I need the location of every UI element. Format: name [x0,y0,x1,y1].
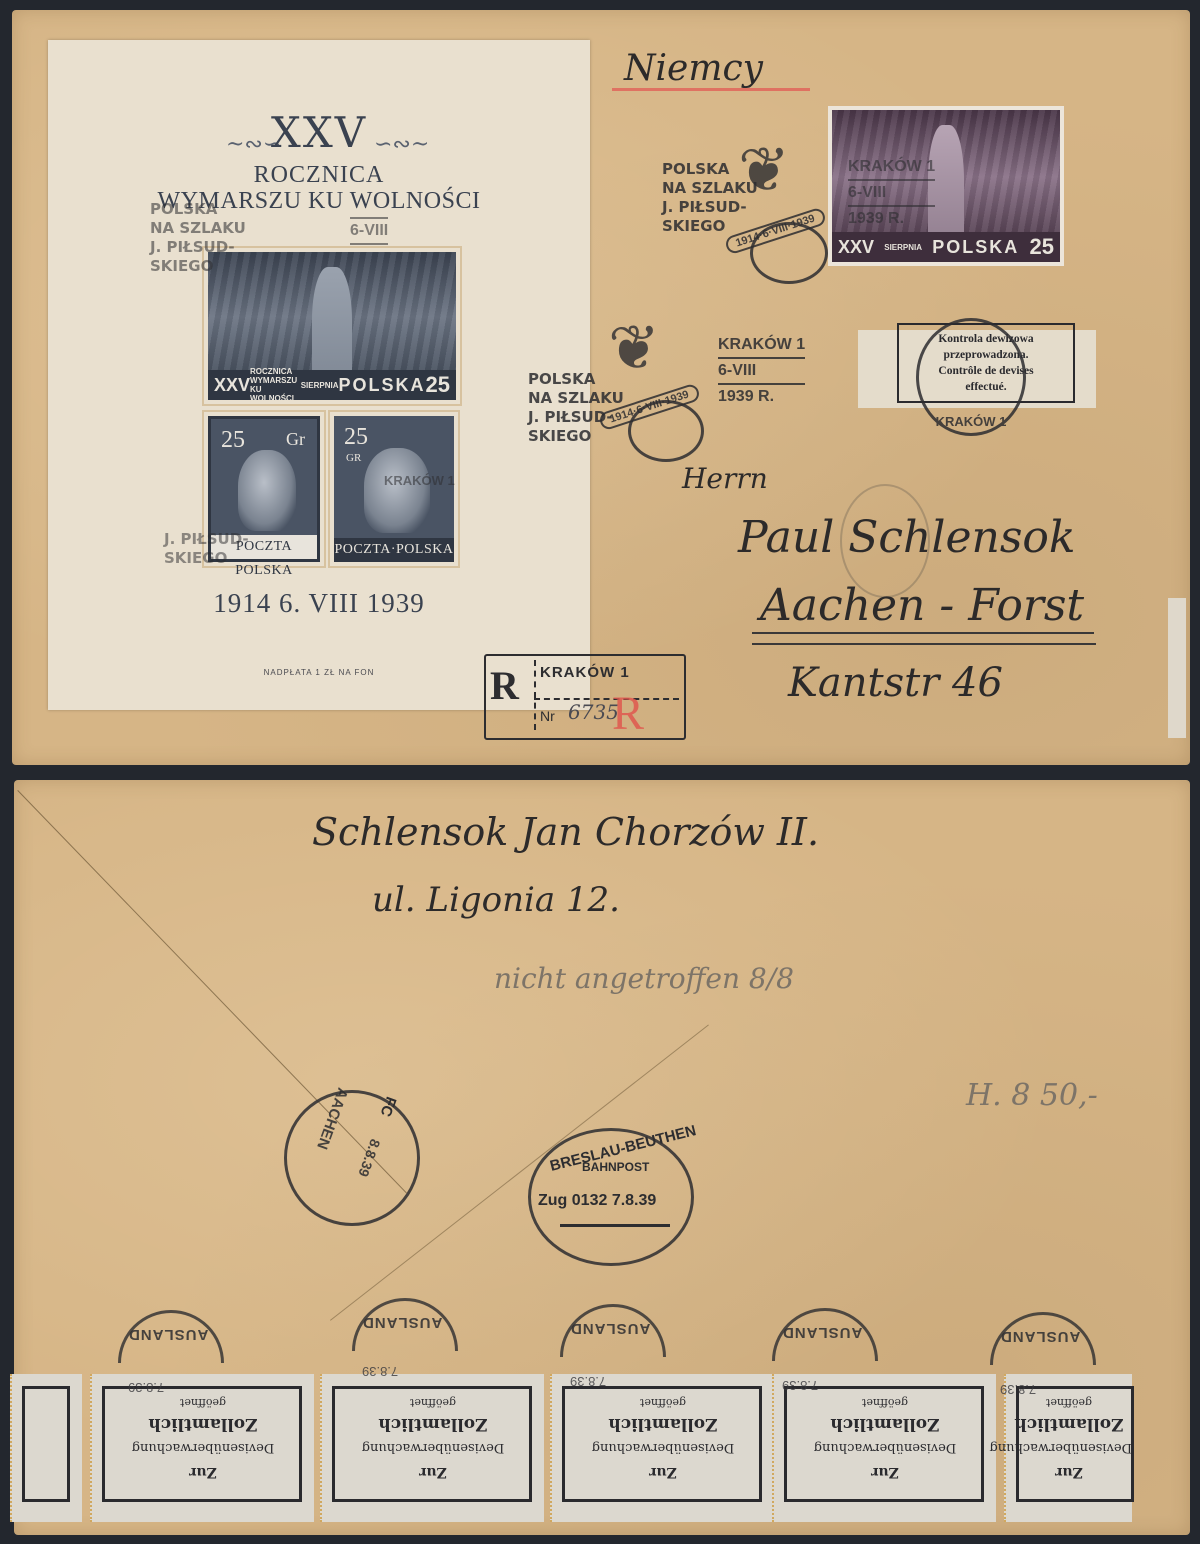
cancel-slogan-line: J. PIŁSUD- [164,530,249,549]
stamp-value: 25 [1030,234,1054,260]
address-underline [752,643,1096,645]
sheet-subtitle-2: WYMARSZU KU WOLNOŚCI [48,188,590,215]
registration-letter: R [490,662,519,709]
edge-label-fragment [1168,598,1186,738]
customs-label-line: Zollamtlich [92,1414,314,1434]
customs-label-line: Devisenüberwachung [92,1440,314,1455]
registration-office: KRAKÓW 1 [540,664,630,681]
ausland-cancel-text: AUSLAND [128,1326,208,1343]
address-street: Kantstr 46 [788,660,1003,706]
ausland-cancel-date: 7.8.39 [782,1378,818,1393]
customs-label-frame [22,1386,70,1502]
cancel-office: KRAKÓW 1 [384,473,455,488]
customs-label-line: Zur [92,1464,314,1480]
address-salutation: Herrn [682,462,768,495]
customs-label-line: Devisenüberwachung [774,1440,996,1455]
sheet-cancel-date: 6-VIII [350,216,388,246]
customs-label-line: Zur [552,1464,774,1480]
red-registration-mark: R [612,686,644,741]
destination-country-handwritten: Niemcy [624,48,763,89]
customs-label-line: geöffnet [322,1396,544,1409]
ausland-cancel-date: 7.8.39 [1000,1382,1036,1397]
stamp-banner: XXV ROCZNICA WYMARSZU KU WOLNOŚCI SIERPN… [208,370,456,400]
stamp-month: SIERPNIA [301,381,339,390]
portrait-stamp-value: 25 [221,427,245,454]
cancel-slogan-line: SKIEGO [164,549,249,568]
stamp-country: POLSKA [932,237,1019,258]
krakow-round-cancel: KRAKÓW 1 [916,318,1026,436]
ausland-cancel-date: 7.8.39 [570,1374,606,1389]
address-underline [752,632,1094,634]
stamp-value: 25 [426,372,450,398]
cancel-year: 1939 R. [848,210,904,227]
ausland-cancel-text: AUSLAND [570,1320,650,1337]
flourish-right-ornament: ∽∾~ [374,132,429,157]
customs-label-line: geöffnet [552,1396,774,1409]
cancel-slogan-line: POLSKA [150,200,246,219]
cancel-office: KRAKÓW 1 [718,336,805,353]
cancel-slogan-line: NA SZLAKU [150,219,246,238]
customs-label-line: Zur [322,1464,544,1480]
breslau-cancel-sub: BAHNPOST [582,1160,649,1174]
breslau-train: Zug 0132 [538,1192,607,1209]
sender-name: Schlensok Jan Chorzów II. [312,810,819,854]
cancel-office: KRAKÓW 1 [936,414,1007,429]
portrait-stamp-unit: Gr [286,429,305,450]
sheet-cancel-slogan: POLSKA NA SZLAKU J. PIŁSUD- SKIEGO [150,200,246,276]
stamp-inscription: ROCZNICA WYMARSZU KU WOLNOŚCI [250,367,301,400]
stamp-month: SIERPNIA [884,243,922,252]
stamp-anniversary: XXV [838,237,874,258]
customs-label: Zur Devisenüberwachung Zollamtlich geöff… [320,1374,544,1522]
customs-label-line: geöffnet [1006,1396,1132,1409]
customs-label-line: Devisenüberwachung [322,1440,544,1455]
cancel-slogan-line: SKIEGO [528,427,624,446]
portrait-stamp-unit: GR [346,452,361,464]
registration-number-label: Nr [540,708,555,724]
ausland-cancel-date: 7.8.39 [362,1364,398,1379]
ausland-cancel-text: AUSLAND [1000,1328,1080,1345]
customs-label-line: Zollamtlich [552,1414,774,1434]
address-name: Paul Schlensok [738,512,1076,563]
sheet-dates: 1914 6. VIII 1939 [48,588,590,619]
violet-cancel-dater: KRAKÓW 1 6-VIII 1939 R. [848,156,935,230]
pencil-note: nicht angetroffen 8/8 [494,962,794,995]
customs-label-line: Zur [1006,1464,1132,1480]
customs-label-line: geöffnet [774,1396,996,1409]
ausland-cancel-text: AUSLAND [782,1324,862,1341]
stamp-banner: XXV SIERPNIA POLSKA 25 [832,232,1060,262]
address-city: Aachen - Forst [760,580,1084,631]
registration-divider [534,660,536,730]
portrait-image [238,450,296,531]
stamp-anniversary: XXV [214,375,250,396]
customs-label: Zur Devisenüberwachung Zollamtlich geöff… [550,1374,774,1522]
customs-label-line: Devisenüberwachung [1006,1440,1132,1455]
stamp-country: POLSKA [339,375,426,396]
sheet-title: XXV [48,108,590,157]
breslau-cancel-line: Zug 0132 7.8.39 [538,1192,656,1210]
commemorative-cancel-dater: KRAKÓW 1 6-VIII 1939 R. [718,334,805,408]
customs-label-line: geöffnet [92,1396,314,1409]
sheet-cancel-office: KRAKÓW 1 [384,470,455,492]
customs-label-line: Zollamtlich [1006,1414,1132,1434]
portrait-stamp-value: 25 [344,424,368,451]
breslau-cancel-rule [560,1224,670,1227]
sheet-subtitle-1: ROCZNICA [48,162,590,189]
pencil-price: H. 8 50,- [966,1078,1098,1113]
portrait-stamp-label: POCZTA·POLSKA [334,538,454,562]
cancel-date: 6-VIII [848,184,886,201]
aachen-arrival-cancel [284,1090,420,1226]
breslau-date: 7.8.39 [612,1192,656,1209]
ausland-cancel-date: 7.8.39 [128,1380,164,1395]
cancel-date: 6-VIII [350,222,388,239]
customs-label-line: Zollamtlich [774,1414,996,1434]
cancel-date: 6-VIII [718,362,756,379]
customs-label: Zur Devisenüberwachung Zollamtlich geöff… [90,1374,314,1522]
ausland-cancel-text: AUSLAND [362,1314,442,1331]
souvenir-sheet: ~∾∽ XXV ∽∾~ ROCZNICA WYMARSZU KU WOLNOŚC… [48,40,590,710]
customs-label-line: Zollamtlich [322,1414,544,1434]
sheet-cancel-slogan-bottom: J. PIŁSUD- SKIEGO [164,530,249,568]
customs-label-line: Devisenüberwachung [552,1440,774,1455]
cancel-slogan-line: J. PIŁSUD- [150,238,246,257]
sender-street: ul. Ligonia 12. [372,880,620,920]
cancel-slogan-line: NA SZLAKU [528,389,624,408]
cancel-year: 1939 R. [718,388,774,405]
eagle-emblem-icon: ❦ [608,318,660,380]
cancel-slogan-line: SKIEGO [150,257,246,276]
eagle-emblem-icon: ❦ [738,140,790,202]
customs-label [10,1374,82,1522]
cancel-office: KRAKÓW 1 [848,158,935,175]
customs-label-line: Zur [774,1464,996,1480]
customs-label: Zur Devisenüberwachung Zollamtlich geöff… [772,1374,996,1522]
red-underline [612,88,810,91]
